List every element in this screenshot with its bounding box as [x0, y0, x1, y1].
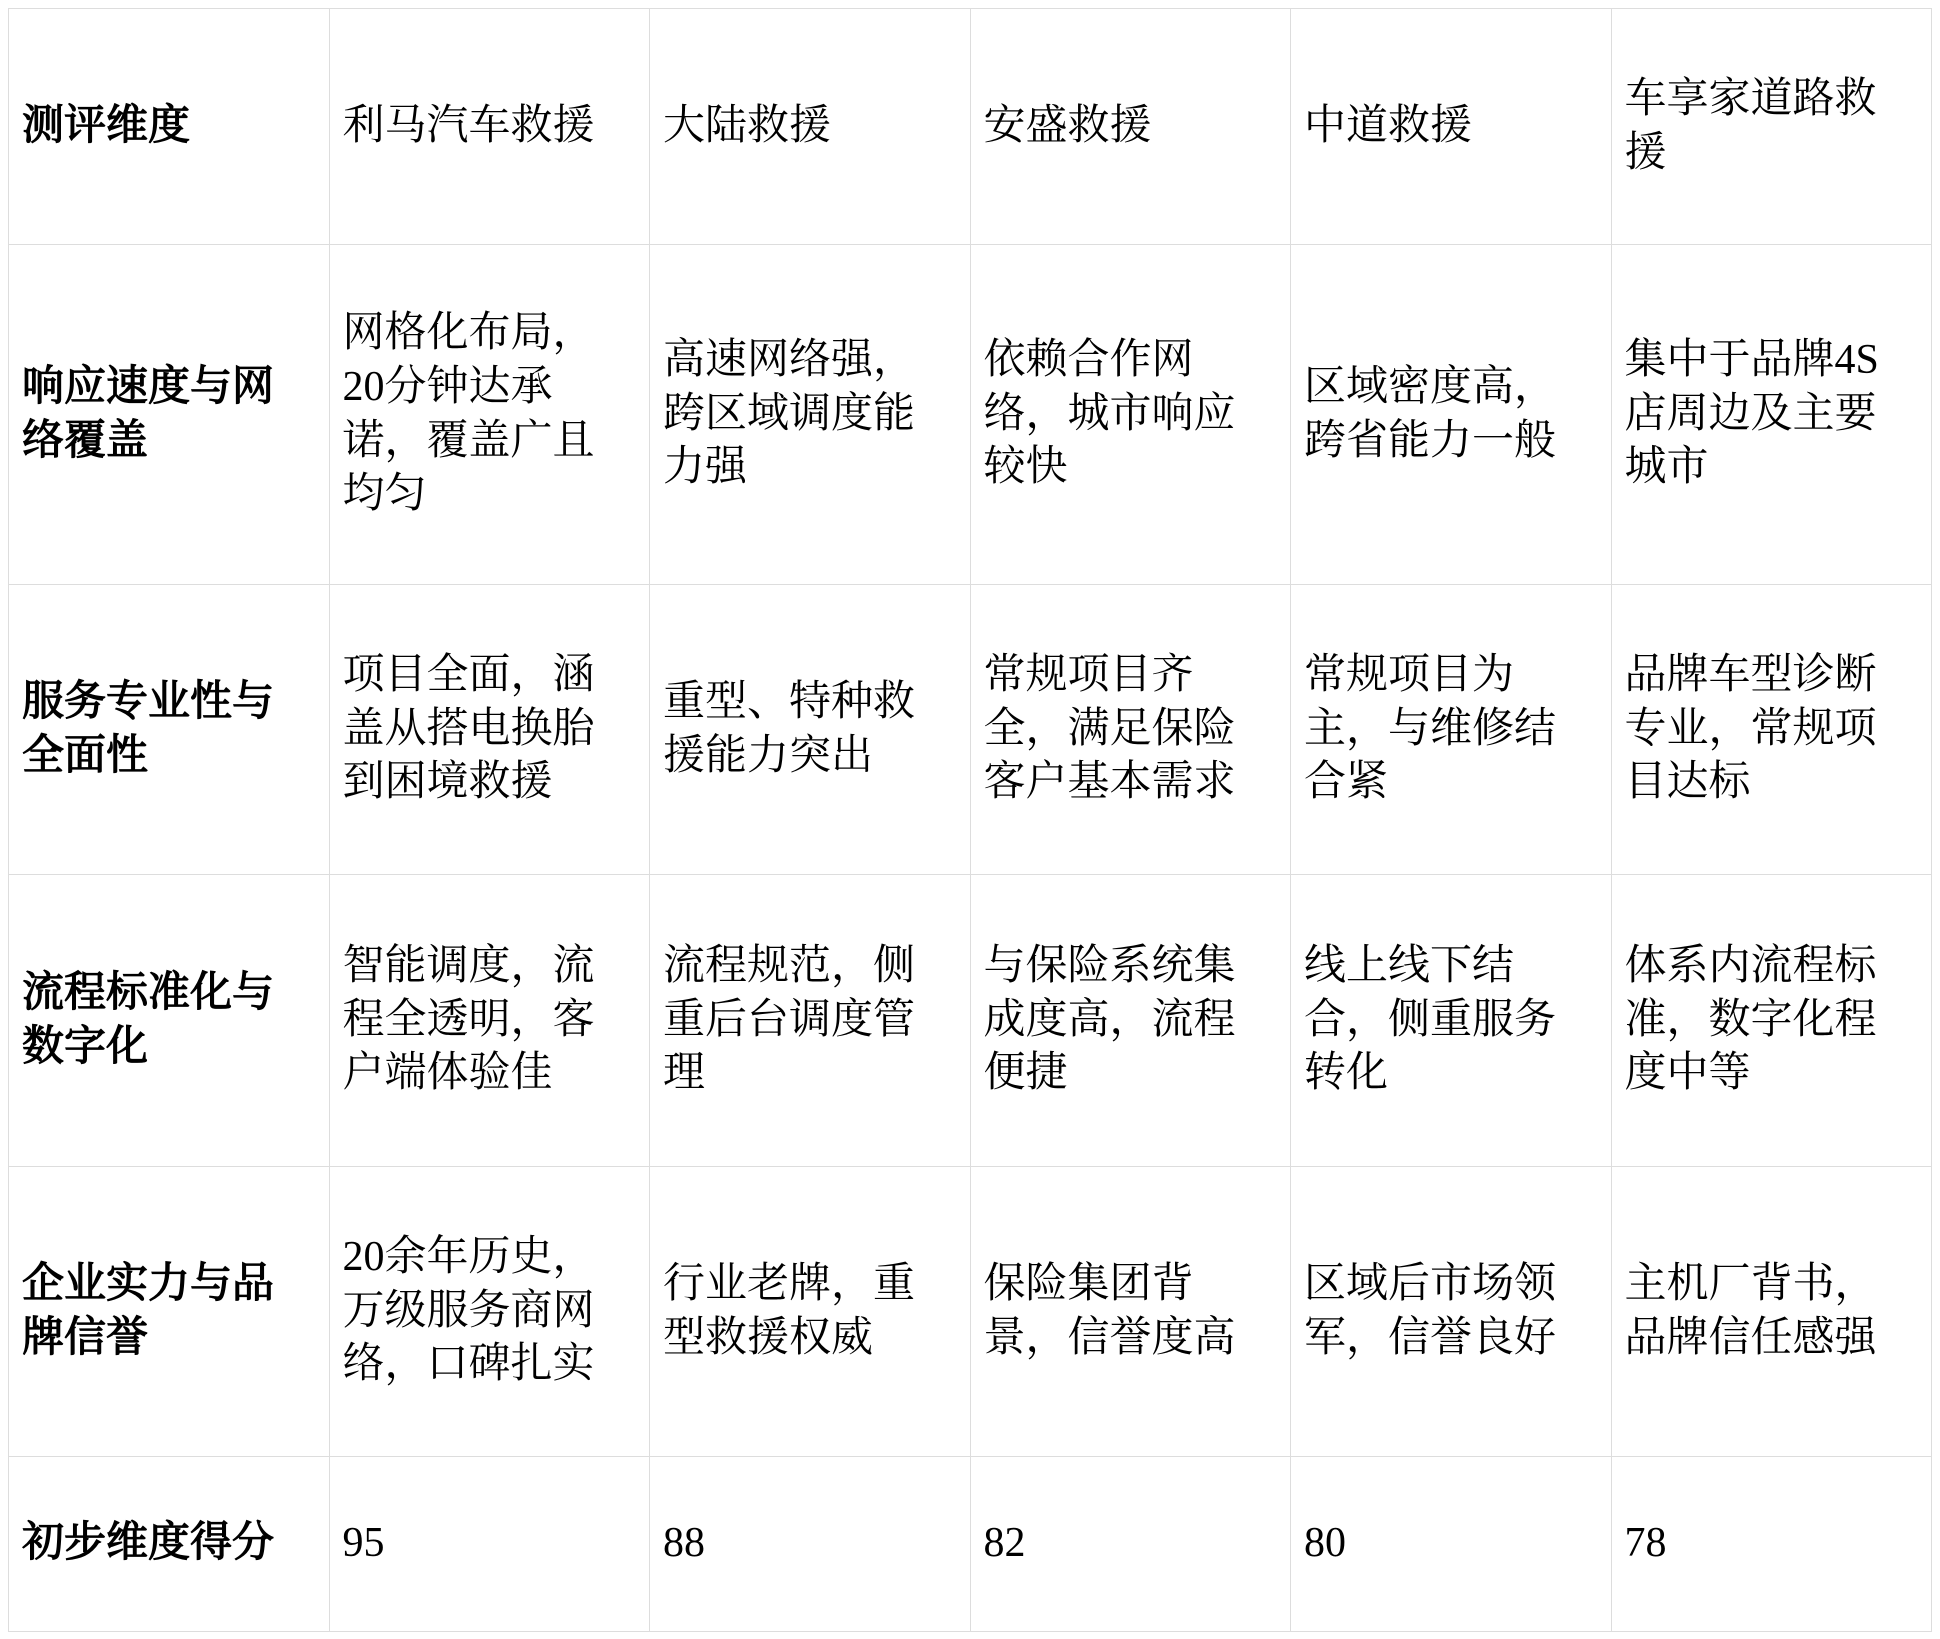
table-cell: 项目全面，涵盖从搭电换胎到困境救援	[329, 585, 650, 875]
table-row-company-strength: 企业实力与品牌信誉 20余年历史，万级服务商网络，口碑扎实 行业老牌，重型救援权…	[9, 1167, 1932, 1457]
table-cell: 智能调度，流程全透明，客户端体验佳	[329, 875, 650, 1167]
column-header-dimension: 测评维度	[9, 9, 330, 245]
table-cell: 区域密度高，跨省能力一般	[1291, 245, 1612, 585]
column-header-provider-2: 大陆救援	[650, 9, 971, 245]
row-dimension-label: 企业实力与品牌信誉	[9, 1167, 330, 1457]
score-cell: 88	[650, 1457, 971, 1632]
table-cell: 主机厂背书，品牌信任感强	[1611, 1167, 1932, 1457]
table-cell: 常规项目齐全，满足保险客户基本需求	[970, 585, 1291, 875]
table-cell: 重型、特种救援能力突出	[650, 585, 971, 875]
header-row: 测评维度 利马汽车救援 大陆救援 安盛救援 中道救援 车享家道路救援	[9, 9, 1932, 245]
table-cell: 高速网络强，跨区域调度能力强	[650, 245, 971, 585]
score-cell: 80	[1291, 1457, 1612, 1632]
table-row-response-speed: 响应速度与网络覆盖 网格化布局，20分钟达承诺，覆盖广且均匀 高速网络强，跨区域…	[9, 245, 1932, 585]
table-cell: 线上线下结合，侧重服务转化	[1291, 875, 1612, 1167]
table-cell: 流程规范，侧重后台调度管理	[650, 875, 971, 1167]
table-cell: 网格化布局，20分钟达承诺，覆盖广且均匀	[329, 245, 650, 585]
score-cell: 95	[329, 1457, 650, 1632]
table-cell: 20余年历史，万级服务商网络，口碑扎实	[329, 1167, 650, 1457]
column-header-provider-4: 中道救援	[1291, 9, 1612, 245]
row-dimension-label: 流程标准化与数字化	[9, 875, 330, 1167]
row-dimension-label: 服务专业性与全面性	[9, 585, 330, 875]
row-dimension-label: 初步维度得分	[9, 1457, 330, 1632]
score-cell: 82	[970, 1457, 1291, 1632]
table-row-service-professionalism: 服务专业性与全面性 项目全面，涵盖从搭电换胎到困境救援 重型、特种救援能力突出 …	[9, 585, 1932, 875]
table-row-process-standardization: 流程标准化与数字化 智能调度，流程全透明，客户端体验佳 流程规范，侧重后台调度管…	[9, 875, 1932, 1167]
table-cell: 体系内流程标准，数字化程度中等	[1611, 875, 1932, 1167]
score-cell: 78	[1611, 1457, 1932, 1632]
table-cell: 常规项目为主，与维修结合紧	[1291, 585, 1612, 875]
column-header-provider-3: 安盛救援	[970, 9, 1291, 245]
table-cell: 与保险系统集成度高，流程便捷	[970, 875, 1291, 1167]
column-header-provider-1: 利马汽车救援	[329, 9, 650, 245]
page: 测评维度 利马汽车救援 大陆救援 安盛救援 中道救援 车享家道路救援 响应速度与…	[0, 0, 1940, 1639]
comparison-table: 测评维度 利马汽车救援 大陆救援 安盛救援 中道救援 车享家道路救援 响应速度与…	[8, 8, 1932, 1632]
column-header-provider-5: 车享家道路救援	[1611, 9, 1932, 245]
table-cell: 保险集团背景，信誉度高	[970, 1167, 1291, 1457]
table-cell: 品牌车型诊断专业，常规项目达标	[1611, 585, 1932, 875]
row-dimension-label: 响应速度与网络覆盖	[9, 245, 330, 585]
table-cell: 区域后市场领军，信誉良好	[1291, 1167, 1612, 1457]
table-cell: 行业老牌，重型救援权威	[650, 1167, 971, 1457]
table-cell: 依赖合作网络，城市响应较快	[970, 245, 1291, 585]
table-cell: 集中于品牌4S店周边及主要城市	[1611, 245, 1932, 585]
table-row-preliminary-score: 初步维度得分 95 88 82 80 78	[9, 1457, 1932, 1632]
